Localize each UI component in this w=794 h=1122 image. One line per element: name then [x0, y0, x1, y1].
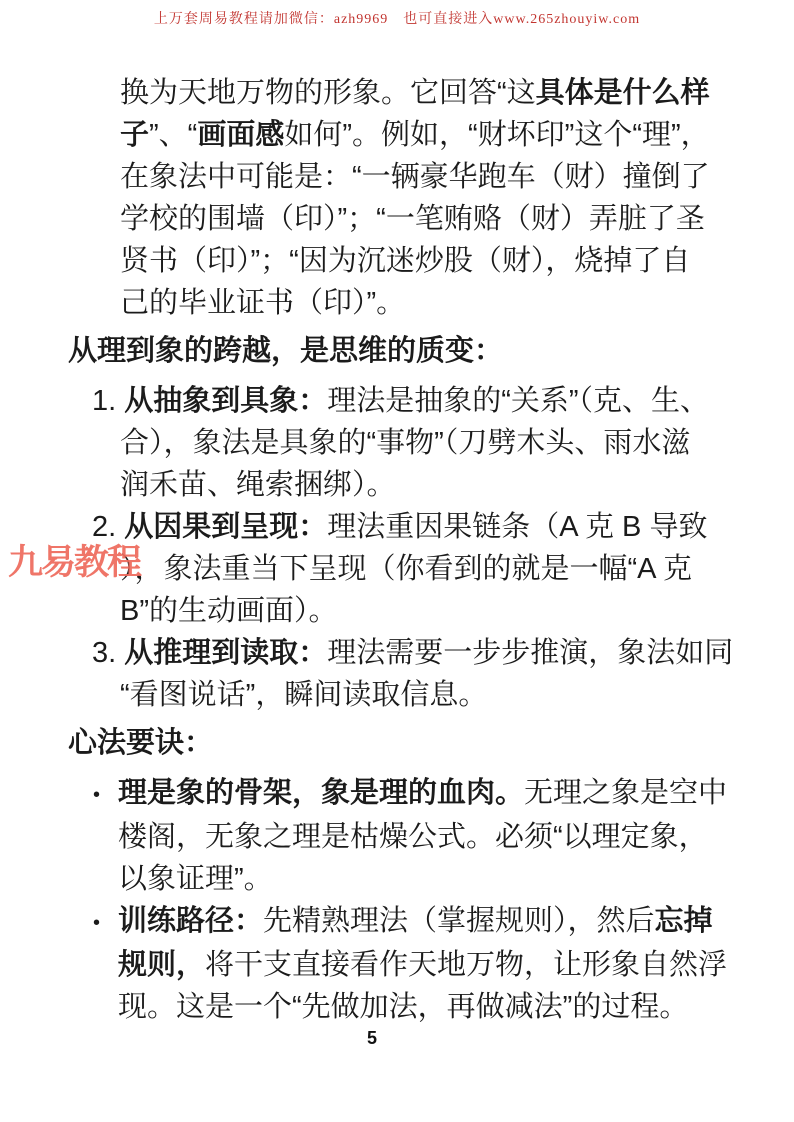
text-line: 己的毕业证书（印）”。 — [0, 282, 794, 324]
text-segment: 合），象法是具象的“事物”（刀劈木头、雨水滋 — [120, 427, 690, 459]
text-segment: 学校的围墙（印）”；“一笔贿赂（财）弄脏了圣 — [120, 203, 705, 235]
text-segment: 心法要诀： — [68, 727, 213, 759]
text-segment: 贤书（印）”；“因为沉迷炒股（财），烧掉了自 — [120, 245, 690, 277]
text-line: 2.从因果到呈现：理法重因果链条（A 克 B 导致 — [0, 506, 794, 548]
text-segment: 换为天地万物的形象。它回答“这 — [120, 77, 536, 109]
text-segment: 理法需要一步步推演，象法如同 — [327, 637, 733, 669]
text-segment: 如何”。例如，“财坏印”这个“理”， — [284, 119, 709, 151]
text-line: •训练路径：先精熟理法（掌握规则），然后忘掉 — [0, 900, 794, 944]
section-heading: 心法要诀： — [0, 722, 794, 764]
page-number: 5 — [0, 1028, 744, 1049]
text-segment: 理法是抽象的“关系”（克、生、 — [327, 385, 709, 417]
text-segment: 润禾苗、绳索捆绑）。 — [120, 469, 396, 501]
text-segment: 规则， — [118, 949, 205, 981]
text-segment: 从推理到读取： — [124, 637, 327, 669]
text-segment: 理法重因果链条（A 克 B 导致 — [327, 511, 707, 543]
text-segment: 理是象的骨架，象是理的血肉。 — [118, 777, 524, 809]
text-line: 贤书（印）”；“因为沉迷炒股（财），烧掉了自 — [0, 240, 794, 282]
text-segment: 训练路径： — [118, 905, 263, 937]
text-line: 现。这是一个“先做加法，再做减法”的过程。 — [0, 986, 794, 1028]
list-number: 2. — [92, 511, 116, 543]
document-page: 上万套周易教程请加微信：azh9969 也可直接进入www.265zhouyiw… — [0, 0, 794, 1122]
text-line: 以象证理”。 — [0, 858, 794, 900]
text-segment: 忘掉 — [655, 905, 713, 937]
text-segment: “看图说话”，瞬间读取信息。 — [120, 679, 487, 711]
text-line: “看图说话”，瞬间读取信息。 — [0, 674, 794, 716]
text-line: •理是象的骨架，象是理的血肉。无理之象是空中 — [0, 772, 794, 816]
text-segment: 现。这是一个“先做加法，再做减法”的过程。 — [118, 991, 688, 1023]
header-banner: 上万套周易教程请加微信：azh9969 也可直接进入www.265zhouyiw… — [0, 8, 794, 28]
text-line: 1.从抽象到具象：理法是抽象的“关系”（克、生、 — [0, 380, 794, 422]
list-number: 3. — [92, 637, 116, 669]
text-line: 润禾苗、绳索捆绑）。 — [0, 464, 794, 506]
text-segment: B”的生动画面）。 — [120, 595, 338, 627]
text-segment: 具体是什么样 — [536, 77, 710, 109]
list-number: 1. — [92, 385, 116, 417]
text-segment: 从抽象到具象： — [124, 385, 327, 417]
text-line: 规则，将干支直接看作天地万物，让形象自然浮 — [0, 944, 794, 986]
text-line: B”的生动画面）。 — [0, 590, 794, 632]
text-segment: 无理之象是空中 — [524, 777, 727, 809]
section-heading: 从理到象的跨越，是思维的质变： — [0, 330, 794, 372]
text-segment: 将干支直接看作天地万物，让形象自然浮 — [205, 949, 727, 981]
text-line: 合），象法是具象的“事物”（刀劈木头、雨水滋 — [0, 422, 794, 464]
text-line: 学校的围墙（印）”；“一笔贿赂（财）弄脏了圣 — [0, 198, 794, 240]
text-segment: ），象法重当下呈现（你看到的就是一幅“A 克 — [120, 553, 692, 585]
text-segment: 在象法中可能是：“一辆豪华跑车（财）撞倒了 — [120, 161, 710, 193]
text-line: 楼阁，无象之理是枯燥公式。必须“以理定象， — [0, 816, 794, 858]
bullet-dot: • — [93, 902, 118, 944]
text-segment: 从因果到呈现： — [124, 511, 327, 543]
text-line: 3.从推理到读取：理法需要一步步推演，象法如同 — [0, 632, 794, 674]
text-line: 换为天地万物的形象。它回答“这具体是什么样 — [0, 72, 794, 114]
text-segment: 画面感 — [197, 119, 284, 151]
bullet-dot: • — [93, 774, 118, 816]
text-segment: 以象证理”。 — [118, 863, 273, 895]
text-segment: 己的毕业证书（印）”。 — [120, 287, 405, 319]
text-segment: 楼阁，无象之理是枯燥公式。必须“以理定象， — [118, 821, 708, 853]
text-line: 在象法中可能是：“一辆豪华跑车（财）撞倒了 — [0, 156, 794, 198]
watermark: 九易教程 — [8, 545, 140, 580]
text-line: 子”、“画面感如何”。例如，“财坏印”这个“理”， — [0, 114, 794, 156]
text-segment: 从理到象的跨越，是思维的质变： — [68, 335, 503, 367]
text-segment: 先精熟理法（掌握规则），然后 — [263, 905, 655, 937]
text-segment: 子 — [120, 119, 149, 151]
text-segment: ”、“ — [149, 119, 197, 151]
